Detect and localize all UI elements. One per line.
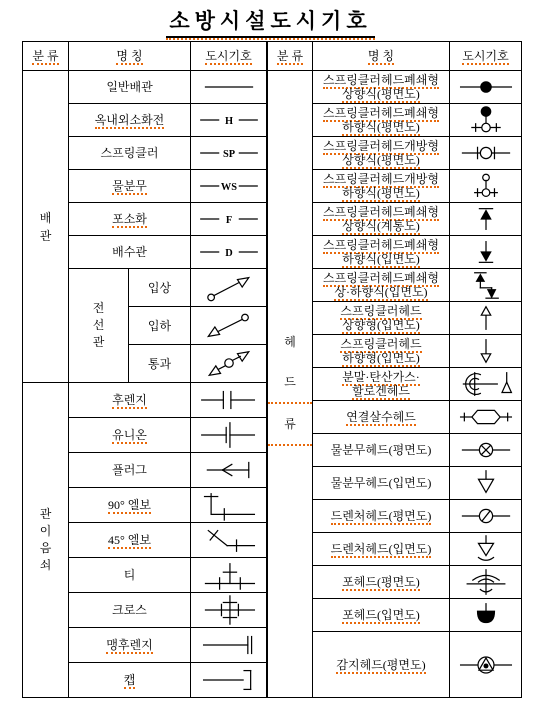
plug-icon — [191, 454, 266, 486]
row-name-line2: 하향식(평면도) — [342, 186, 420, 202]
water-spray-head-elev-icon — [450, 467, 521, 499]
sp-closed-updown-elev-icon — [450, 269, 521, 301]
row-name: 일반배관 — [106, 80, 152, 94]
name-cell: 스프링클러 — [69, 137, 191, 170]
row-name: 물분무헤드(입면도) — [331, 476, 432, 490]
conduit-pass-through-icon — [191, 348, 266, 380]
row-name: 포소화 — [112, 212, 147, 228]
row-name: 플러그 — [112, 463, 147, 477]
water-spray-head-plan-icon — [450, 434, 521, 466]
row-name: 유니온 — [112, 428, 147, 444]
row-name: 후렌지 — [112, 393, 147, 409]
symbol-cell — [450, 170, 522, 203]
row-name: 입하 — [148, 319, 171, 333]
symbol-cell: D — [191, 236, 267, 269]
cap-icon — [191, 664, 266, 696]
svg-text:H: H — [224, 116, 232, 127]
symbol-cell: F — [191, 203, 267, 236]
category-cell-piping: 배관 — [23, 71, 69, 383]
name-cell: 입상 — [129, 269, 191, 307]
symbol-cell — [450, 500, 522, 533]
symbol-cell — [191, 663, 267, 698]
drencher-head-elev-icon — [450, 533, 521, 565]
row-name-line2: 하향형(입면도) — [342, 351, 420, 367]
symbol-cell — [450, 203, 522, 236]
symbol-cell — [450, 104, 522, 137]
name-cell: 스프링클러헤드개방형하향식(평면도) — [313, 170, 450, 203]
row-name: 캡 — [124, 673, 136, 689]
row-name: 크로스 — [112, 603, 147, 617]
name-cell: 티 — [69, 558, 191, 593]
column-header-symbol: 도시기호 — [191, 42, 267, 71]
sp-open-up-plan-icon — [450, 137, 521, 169]
symbol-cell: SP — [191, 137, 267, 170]
symbol-cell — [450, 236, 522, 269]
symbol-cell — [191, 523, 267, 558]
row-name-line2: 하향식(입면도) — [342, 252, 420, 268]
symbol-cell — [191, 269, 267, 307]
column-header-name: 명 칭 — [313, 42, 450, 71]
symbol-cell — [450, 434, 522, 467]
powder-gas-halogen-head-icon — [450, 368, 521, 400]
row-name: 90° 엘보 — [108, 498, 151, 514]
row-name: 드렌처헤드(평면도) — [331, 509, 432, 525]
symbol-cell — [450, 401, 522, 434]
svg-text:WS: WS — [220, 182, 236, 193]
blind-flange-icon — [191, 629, 266, 661]
row-name-line2: 상·하향식(입면도) — [334, 285, 427, 301]
row-name-line2: 상향식(평면도) — [342, 153, 420, 169]
title-wrap: 소방시설도시기호 — [0, 5, 541, 38]
symbol-cell — [191, 593, 267, 628]
name-cell: 포헤드(평면도) — [313, 566, 450, 599]
name-cell: 맹후렌지 — [69, 628, 191, 663]
row-name-line2: 하향식(평면도) — [342, 120, 420, 136]
column-header-name: 명 칭 — [69, 42, 191, 71]
row-name: 티 — [124, 568, 136, 582]
pipe-code-icon: D — [191, 236, 266, 268]
header-row: 분 류명 칭도시기호 — [268, 42, 522, 71]
symbol-cell — [450, 269, 522, 302]
symbol-cell: WS — [191, 170, 267, 203]
row-name: 입상 — [148, 281, 171, 295]
name-cell: 스프링클러헤드폐쇄형하향식(평면도) — [313, 104, 450, 137]
name-cell: 옥내외소화전 — [69, 104, 191, 137]
tee-icon — [191, 559, 266, 591]
name-cell: 유니온 — [69, 418, 191, 453]
name-cell: 스프링클러헤드폐쇄형상·하향식(입면도) — [313, 269, 450, 302]
conduit-riser-up-icon — [191, 272, 266, 304]
name-cell: 분말·탄산가스·할로겐헤드 — [313, 368, 450, 401]
symbol-cell — [450, 599, 522, 632]
row-name: 포헤드(평면도) — [342, 575, 420, 591]
name-cell: 물분무 — [69, 170, 191, 203]
category-cell-fittings: 관이음쇠 — [23, 383, 69, 698]
union-icon — [191, 419, 266, 451]
page-title: 소방시설도시기호 — [166, 5, 374, 38]
foam-head-plan-icon — [450, 566, 521, 598]
conduit-riser-down-icon — [191, 310, 266, 342]
svg-text:F: F — [225, 215, 231, 226]
name-cell: 90° 엘보 — [69, 488, 191, 523]
symbol-cell — [191, 71, 267, 104]
symbol-cell — [191, 558, 267, 593]
sp-closed-down-elev-icon — [450, 236, 521, 268]
category-cell-heads: 헤드류 — [268, 71, 313, 698]
symbol-cell — [450, 368, 522, 401]
symbol-cell — [450, 467, 522, 500]
head-up-open-elev-icon — [450, 302, 521, 334]
row-name: 배수관 — [112, 245, 147, 259]
name-cell: 크로스 — [69, 593, 191, 628]
name-cell: 입하 — [129, 307, 191, 345]
name-cell: 드렌처헤드(평면도) — [313, 500, 450, 533]
row-name: 물분무헤드(평면도) — [331, 443, 432, 457]
pipe-code-icon: F — [191, 203, 266, 235]
symbol-cell — [191, 307, 267, 345]
name-cell: 연결살수헤드 — [313, 401, 450, 434]
name-cell: 스프링클러헤드하향형(입면도) — [313, 335, 450, 368]
foam-head-elev-icon — [450, 599, 521, 631]
name-cell: 스프링클러헤드개방형상향식(평면도) — [313, 137, 450, 170]
row-name: 스프링클러 — [101, 146, 159, 160]
symbol-cell — [450, 302, 522, 335]
row-name: 옥내외소화전 — [95, 113, 165, 129]
row-name: 통과 — [148, 357, 171, 371]
symbol-cell — [450, 137, 522, 170]
svg-text:D: D — [225, 248, 232, 259]
flange-icon — [191, 384, 266, 416]
name-cell: 물분무헤드(입면도) — [313, 467, 450, 500]
symbol-cell — [450, 335, 522, 368]
symbol-cell — [191, 418, 267, 453]
name-cell: 캡 — [69, 663, 191, 698]
left-table: 분 류명 칭도시기호배관일반배관옥내외소화전H스프링클러SP물분무WS포소화F배… — [22, 41, 267, 698]
row-name-line2: 상향식(평면도) — [342, 87, 420, 103]
name-cell: 플러그 — [69, 453, 191, 488]
symbol-cell — [450, 632, 522, 698]
symbol-table: 분 류명 칭도시기호배관일반배관옥내외소화전H스프링클러SP물분무WS포소화F배… — [22, 41, 541, 698]
header-row: 분 류명 칭도시기호 — [23, 42, 267, 71]
name-cell: 스프링클러헤드폐쇄형상향식(계통도) — [313, 203, 450, 236]
drencher-head-plan-icon — [450, 500, 521, 532]
table-row: 배관일반배관 — [23, 71, 267, 104]
name-cell: 감지헤드(평면도) — [313, 632, 450, 698]
elbow-90-icon — [191, 489, 266, 521]
row-name: 포헤드(입면도) — [342, 608, 420, 624]
name-cell: 통과 — [129, 345, 191, 383]
symbol-cell — [450, 566, 522, 599]
elbow-45-icon — [191, 524, 266, 556]
name-cell: 45° 엘보 — [69, 523, 191, 558]
pipe-line-icon — [191, 71, 266, 103]
name-cell: 드렌처헤드(입면도) — [313, 533, 450, 566]
row-name: 맹후렌지 — [106, 638, 152, 654]
row-name-line2: 할로겐헤드 — [352, 384, 410, 400]
row-name-line2: 상향형(입면도) — [342, 318, 420, 334]
symbol-cell — [450, 71, 522, 104]
row-name: 드렌처헤드(입면도) — [331, 542, 432, 558]
name-cell: 후렌지 — [69, 383, 191, 418]
right-table: 분 류명 칭도시기호헤드류스프링클러헤드폐쇄형상향식(평면도)스프링클러헤드폐쇄… — [267, 41, 522, 698]
svg-text:SP: SP — [222, 149, 235, 160]
pipe-code-icon: WS — [191, 170, 266, 202]
row-name: 감지헤드(평면도) — [336, 658, 425, 674]
symbol-cell — [191, 383, 267, 418]
connection-spray-head-icon — [450, 401, 521, 433]
name-cell: 포소화 — [69, 203, 191, 236]
symbol-cell — [191, 453, 267, 488]
sp-closed-up-riser-icon — [450, 203, 521, 235]
table-row: 헤드류스프링클러헤드폐쇄형상향식(평면도) — [268, 71, 522, 104]
name-cell: 스프링클러헤드상향형(입면도) — [313, 302, 450, 335]
pipe-code-icon: SP — [191, 137, 266, 169]
column-header-category: 분 류 — [23, 42, 69, 71]
row-name: 물분무 — [112, 179, 147, 195]
symbol-cell — [191, 628, 267, 663]
detector-head-plan-icon — [450, 649, 521, 681]
table-row: 관이음쇠후렌지 — [23, 383, 267, 418]
name-cell: 스프링클러헤드폐쇄형하향식(입면도) — [313, 236, 450, 269]
column-header-symbol: 도시기호 — [450, 42, 522, 71]
name-cell: 포헤드(입면도) — [313, 599, 450, 632]
symbol-cell: H — [191, 104, 267, 137]
sp-closed-up-plan-icon — [450, 71, 521, 103]
row-name-line2: 상향식(계통도) — [342, 219, 420, 235]
page: 소방시설도시기호 분 류명 칭도시기호배관일반배관옥내외소화전H스프링클러SP물… — [0, 5, 541, 698]
row-name: 연결살수헤드 — [346, 410, 416, 426]
name-cell: 스프링클러헤드폐쇄형상향식(평면도) — [313, 71, 450, 104]
column-header-category: 분 류 — [268, 42, 313, 71]
subcategory-cell-conduit: 전선관 — [69, 269, 129, 383]
name-cell: 물분무헤드(평면도) — [313, 434, 450, 467]
cross-icon — [191, 594, 266, 626]
row-name: 45° 엘보 — [108, 533, 151, 549]
sp-open-down-plan-icon — [450, 170, 521, 202]
sp-closed-down-plan-icon — [450, 104, 521, 136]
pipe-code-icon: H — [191, 104, 266, 136]
symbol-cell — [450, 533, 522, 566]
name-cell: 일반배관 — [69, 71, 191, 104]
symbol-cell — [191, 345, 267, 383]
name-cell: 배수관 — [69, 236, 191, 269]
symbol-cell — [191, 488, 267, 523]
head-down-open-elev-icon — [450, 335, 521, 367]
